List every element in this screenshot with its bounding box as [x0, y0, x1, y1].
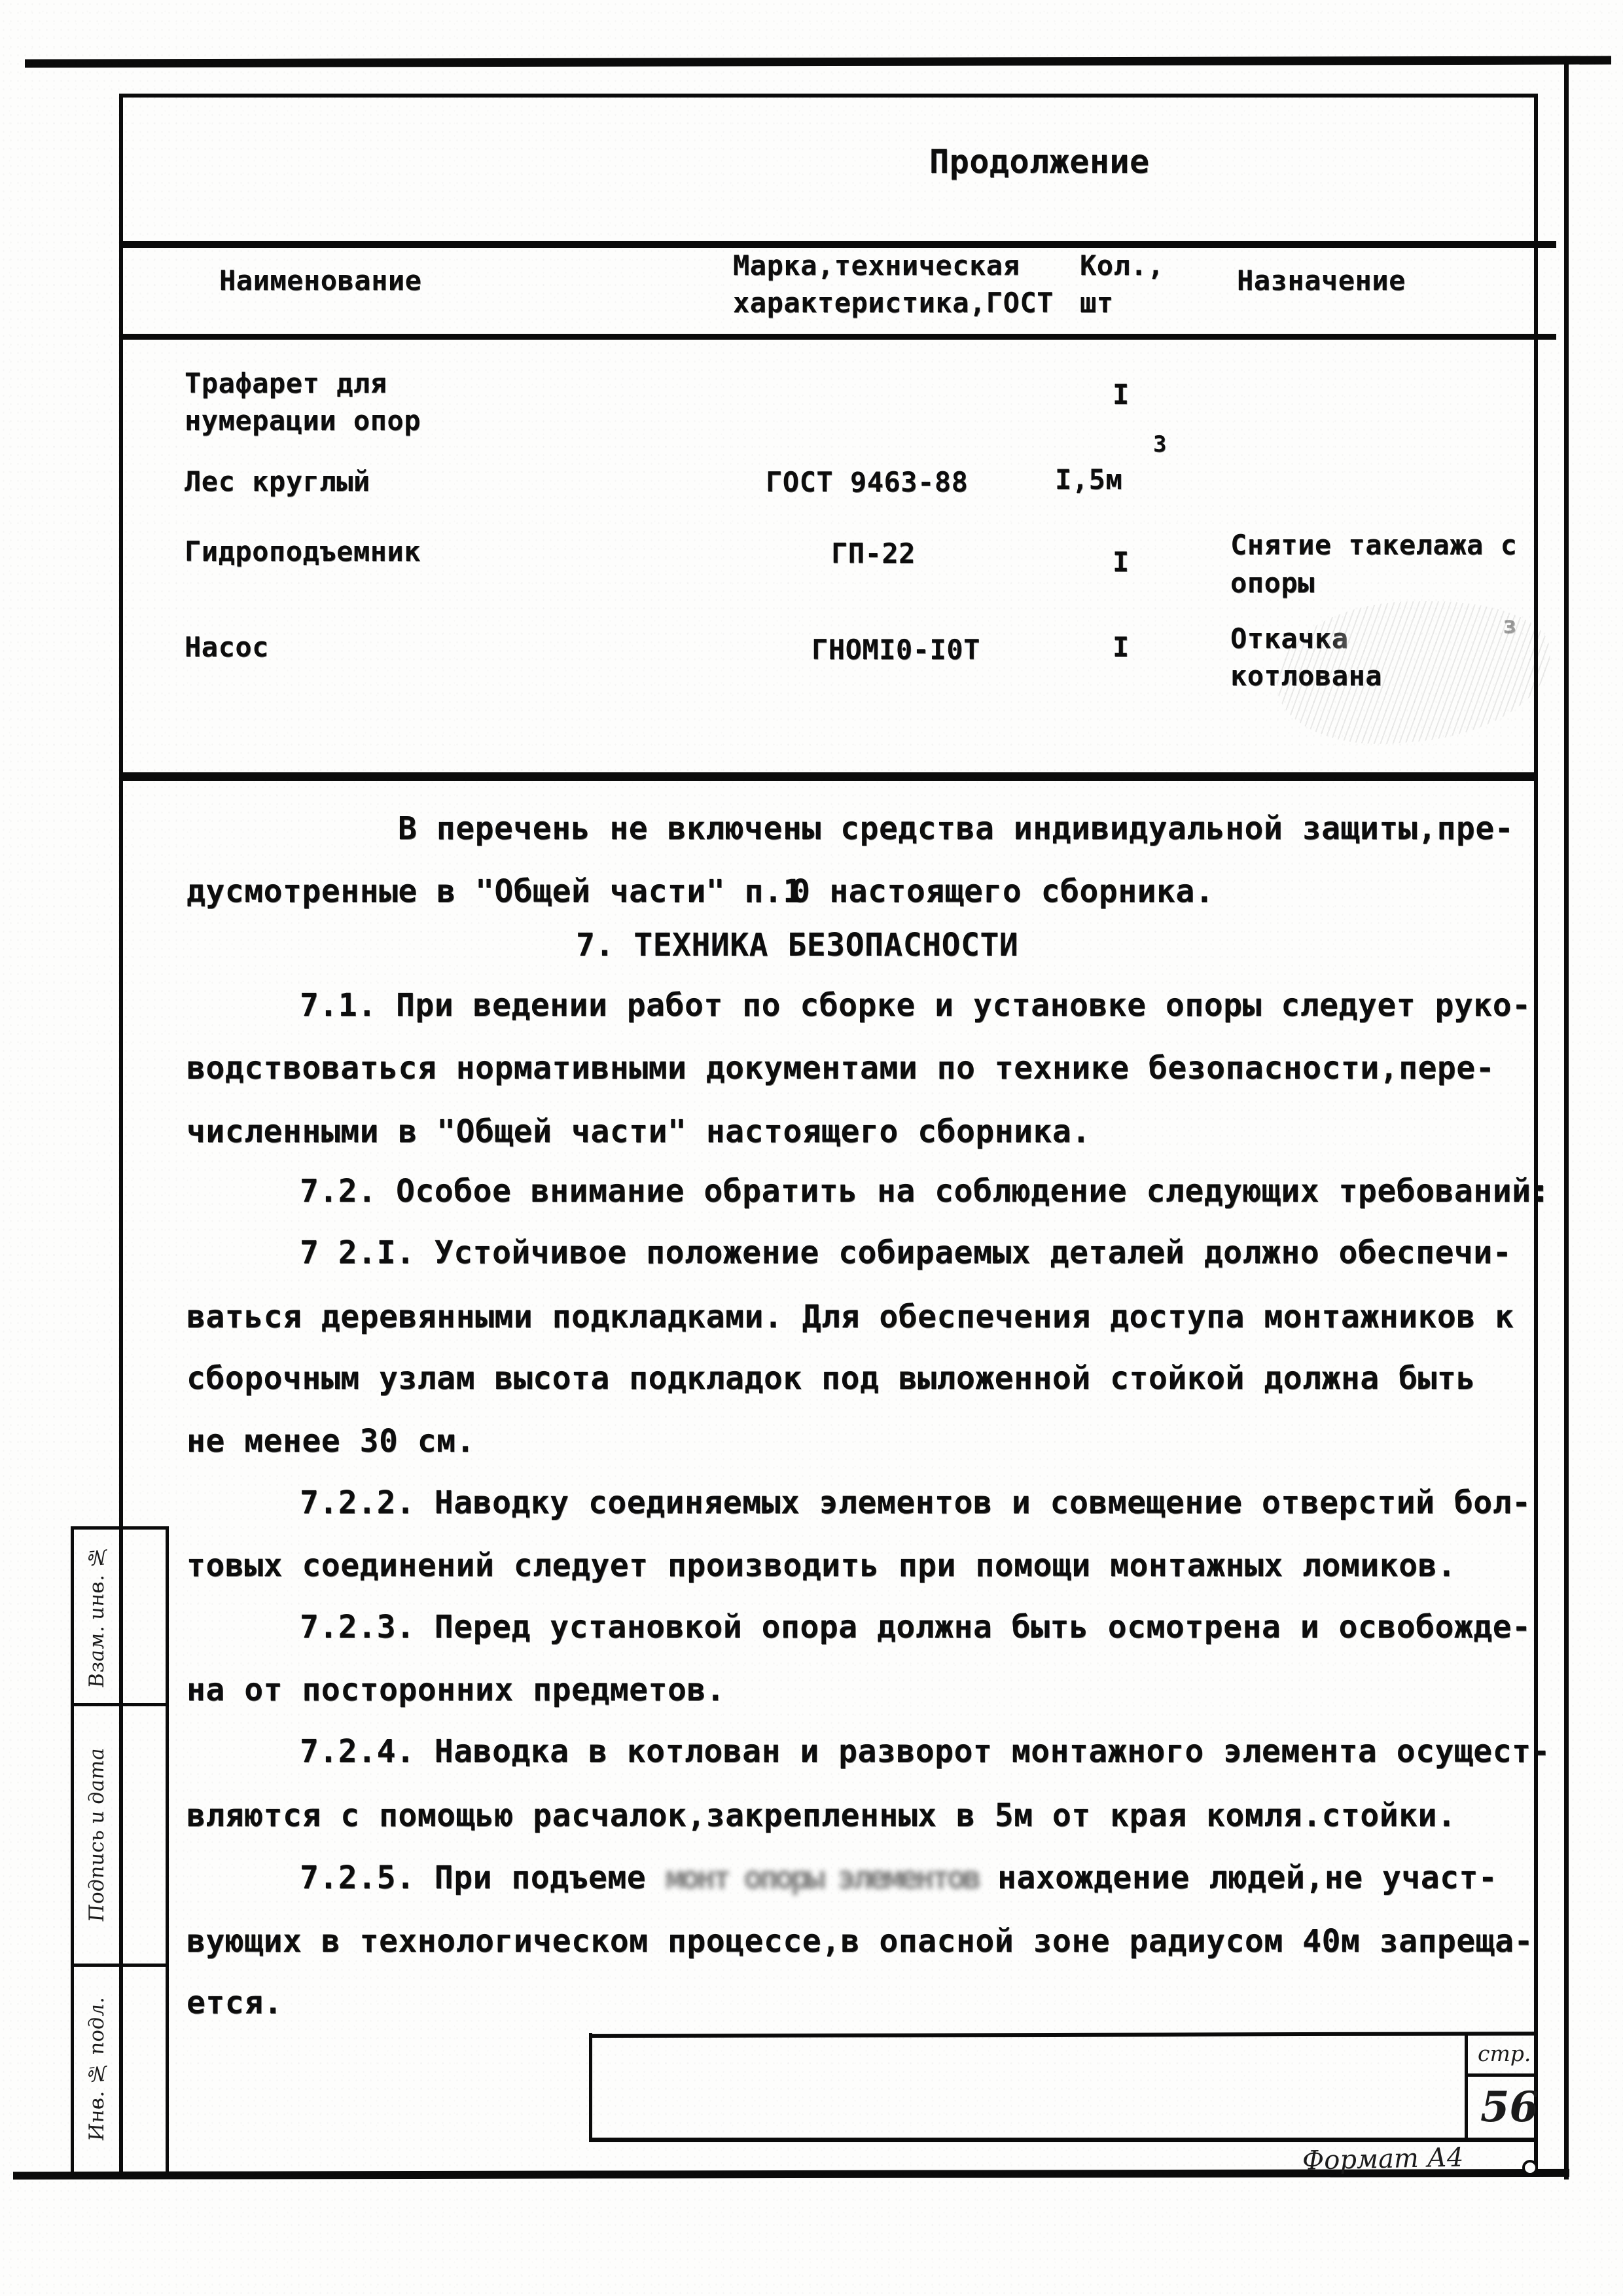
- table-row-cell-superscript: 3: [1153, 433, 1167, 456]
- stamp-box-divider: [1465, 2033, 1468, 2141]
- frame-top-border: [119, 94, 1538, 98]
- table-row-cell: I,5м: [1055, 466, 1122, 493]
- table-row-cell: опоры: [1230, 569, 1315, 597]
- column-header-mark-line2: характеристика,ГОСТ: [733, 289, 1054, 317]
- table-row-cell: ГНОМI0-I0Т: [811, 636, 980, 664]
- paragraph-line: вующих в технологическом процессе,в опас…: [187, 1926, 1533, 1957]
- table-row-cell: I: [1113, 381, 1130, 408]
- paragraph-line: водствоваться нормативными документами п…: [187, 1052, 1495, 1084]
- paragraph-line: В перечень не включены средства индивиду…: [398, 813, 1514, 844]
- corner-punch-mark: [1522, 2160, 1538, 2176]
- side-block-cell-vzam: Взам. инв. №: [74, 1530, 120, 1703]
- table-row-cell: I: [1113, 634, 1130, 661]
- side-block-cell-inv: Инв. № подл.: [74, 1967, 120, 2172]
- column-header-name: Наименование: [219, 267, 421, 295]
- paragraph-fragment: настоящего сборника.: [810, 873, 1214, 910]
- table-header-rule: [122, 334, 1556, 340]
- paragraph-line: 7.2.3. Перед установкой опора должна быт…: [300, 1611, 1531, 1643]
- table-row-cell: I: [1113, 548, 1130, 576]
- paragraph-fragment: нахождение людей,не участ-: [978, 1859, 1498, 1896]
- page-label-handwritten: стр.: [1478, 2041, 1531, 2066]
- side-block-cell-podpis: Подпись и дата: [74, 1706, 120, 1964]
- paragraph-fragment: 7.2.5. При подъеме: [300, 1859, 666, 1896]
- paragraph-line: 7.1. При ведении работ по сборке и устан…: [300, 990, 1531, 1021]
- column-header-qty-line1: Кол.,: [1080, 252, 1164, 279]
- page-right-border: [1564, 59, 1569, 2179]
- column-header-qty-line2: шт: [1080, 289, 1114, 317]
- side-block-label: Инв. № подл.: [85, 1996, 109, 2142]
- table-top-rule: [122, 241, 1556, 248]
- overstruck-number: 10: [783, 873, 810, 910]
- table-row-cell: Насос: [185, 634, 269, 661]
- paragraph-line: дусмотренные в "Общей части" п.10 настоя…: [187, 876, 1214, 907]
- side-block-label: Взам. инв. №: [85, 1544, 109, 1689]
- table-row-cell: Трафарет для: [185, 370, 387, 397]
- paragraph-line: ется.: [187, 1987, 283, 2018]
- table-row-cell: ГОСТ 9463-88: [766, 469, 968, 496]
- paragraph-line: на от посторонних предметов.: [187, 1674, 725, 1706]
- stamp-cell-divider: [1465, 2073, 1537, 2077]
- section-title: 7. ТЕХНИКА БЕЗОПАСНОСТИ: [576, 929, 1018, 961]
- side-block-right: [166, 1526, 169, 2172]
- scanned-document-page: Продолжение Наименование Марка,техническ…: [0, 0, 1623, 2296]
- page-top-rule: [25, 56, 1611, 67]
- page-number-handwritten: 56: [1480, 2083, 1539, 2132]
- paragraph-line: товых соединений следует производить при…: [187, 1550, 1456, 1581]
- stamp-box-bottom: [589, 2138, 1537, 2142]
- continuation-label: Продолжение: [929, 145, 1150, 178]
- frame-right-border: [1534, 94, 1538, 2176]
- paragraph-line: 7.2.2. Наводку соединяемых элементов и с…: [300, 1487, 1531, 1518]
- paragraph-line: 7 2.I. Устойчивое положение собираемых д…: [300, 1237, 1512, 1268]
- table-row-cell: Гидроподъемник: [185, 538, 421, 565]
- stamp-box-left: [589, 2033, 592, 2141]
- paragraph-line: не менее 30 см.: [187, 1426, 475, 1457]
- column-header-purpose: Назначение: [1237, 267, 1406, 295]
- paragraph-line: численными в "Общей части" настоящего сб…: [187, 1116, 1091, 1147]
- smudge-stain: [1270, 589, 1556, 753]
- table-bottom-rule: [119, 772, 1538, 781]
- smudged-text: монт опоры элементов: [666, 1859, 978, 1896]
- paragraph-line: 7.2.5. При подъеме монт опоры элементов …: [300, 1862, 1497, 1893]
- table-row-cell: нумерации опор: [185, 407, 421, 435]
- table-row-cell: Лес круглый: [185, 468, 370, 495]
- side-block-label: Подпись и дата: [85, 1747, 109, 1923]
- paragraph-line: ваться деревянными подкладками. Для обес…: [187, 1301, 1514, 1333]
- paragraph-line: 7.2. Особое внимание обратить на соблюде…: [300, 1175, 1550, 1207]
- column-header-mark-line1: Марка,техническая: [733, 252, 1020, 279]
- paragraph-line: 7.2.4. Наводка в котлован и разворот мон…: [300, 1736, 1550, 1767]
- table-row-cell: ГП-22: [831, 540, 916, 567]
- paragraph-line: вляются с помощью расчалок,закрепленных …: [187, 1800, 1456, 1831]
- stamp-box-top: [589, 2032, 1537, 2038]
- format-note-handwritten: Формат А4: [1302, 2142, 1464, 2176]
- table-row-cell: Снятие такелажа с: [1230, 531, 1517, 559]
- paragraph-fragment: дусмотренные в "Общей части" п.: [187, 873, 783, 910]
- paragraph-line: сборочным узлам высота подкладок под выл…: [187, 1363, 1476, 1394]
